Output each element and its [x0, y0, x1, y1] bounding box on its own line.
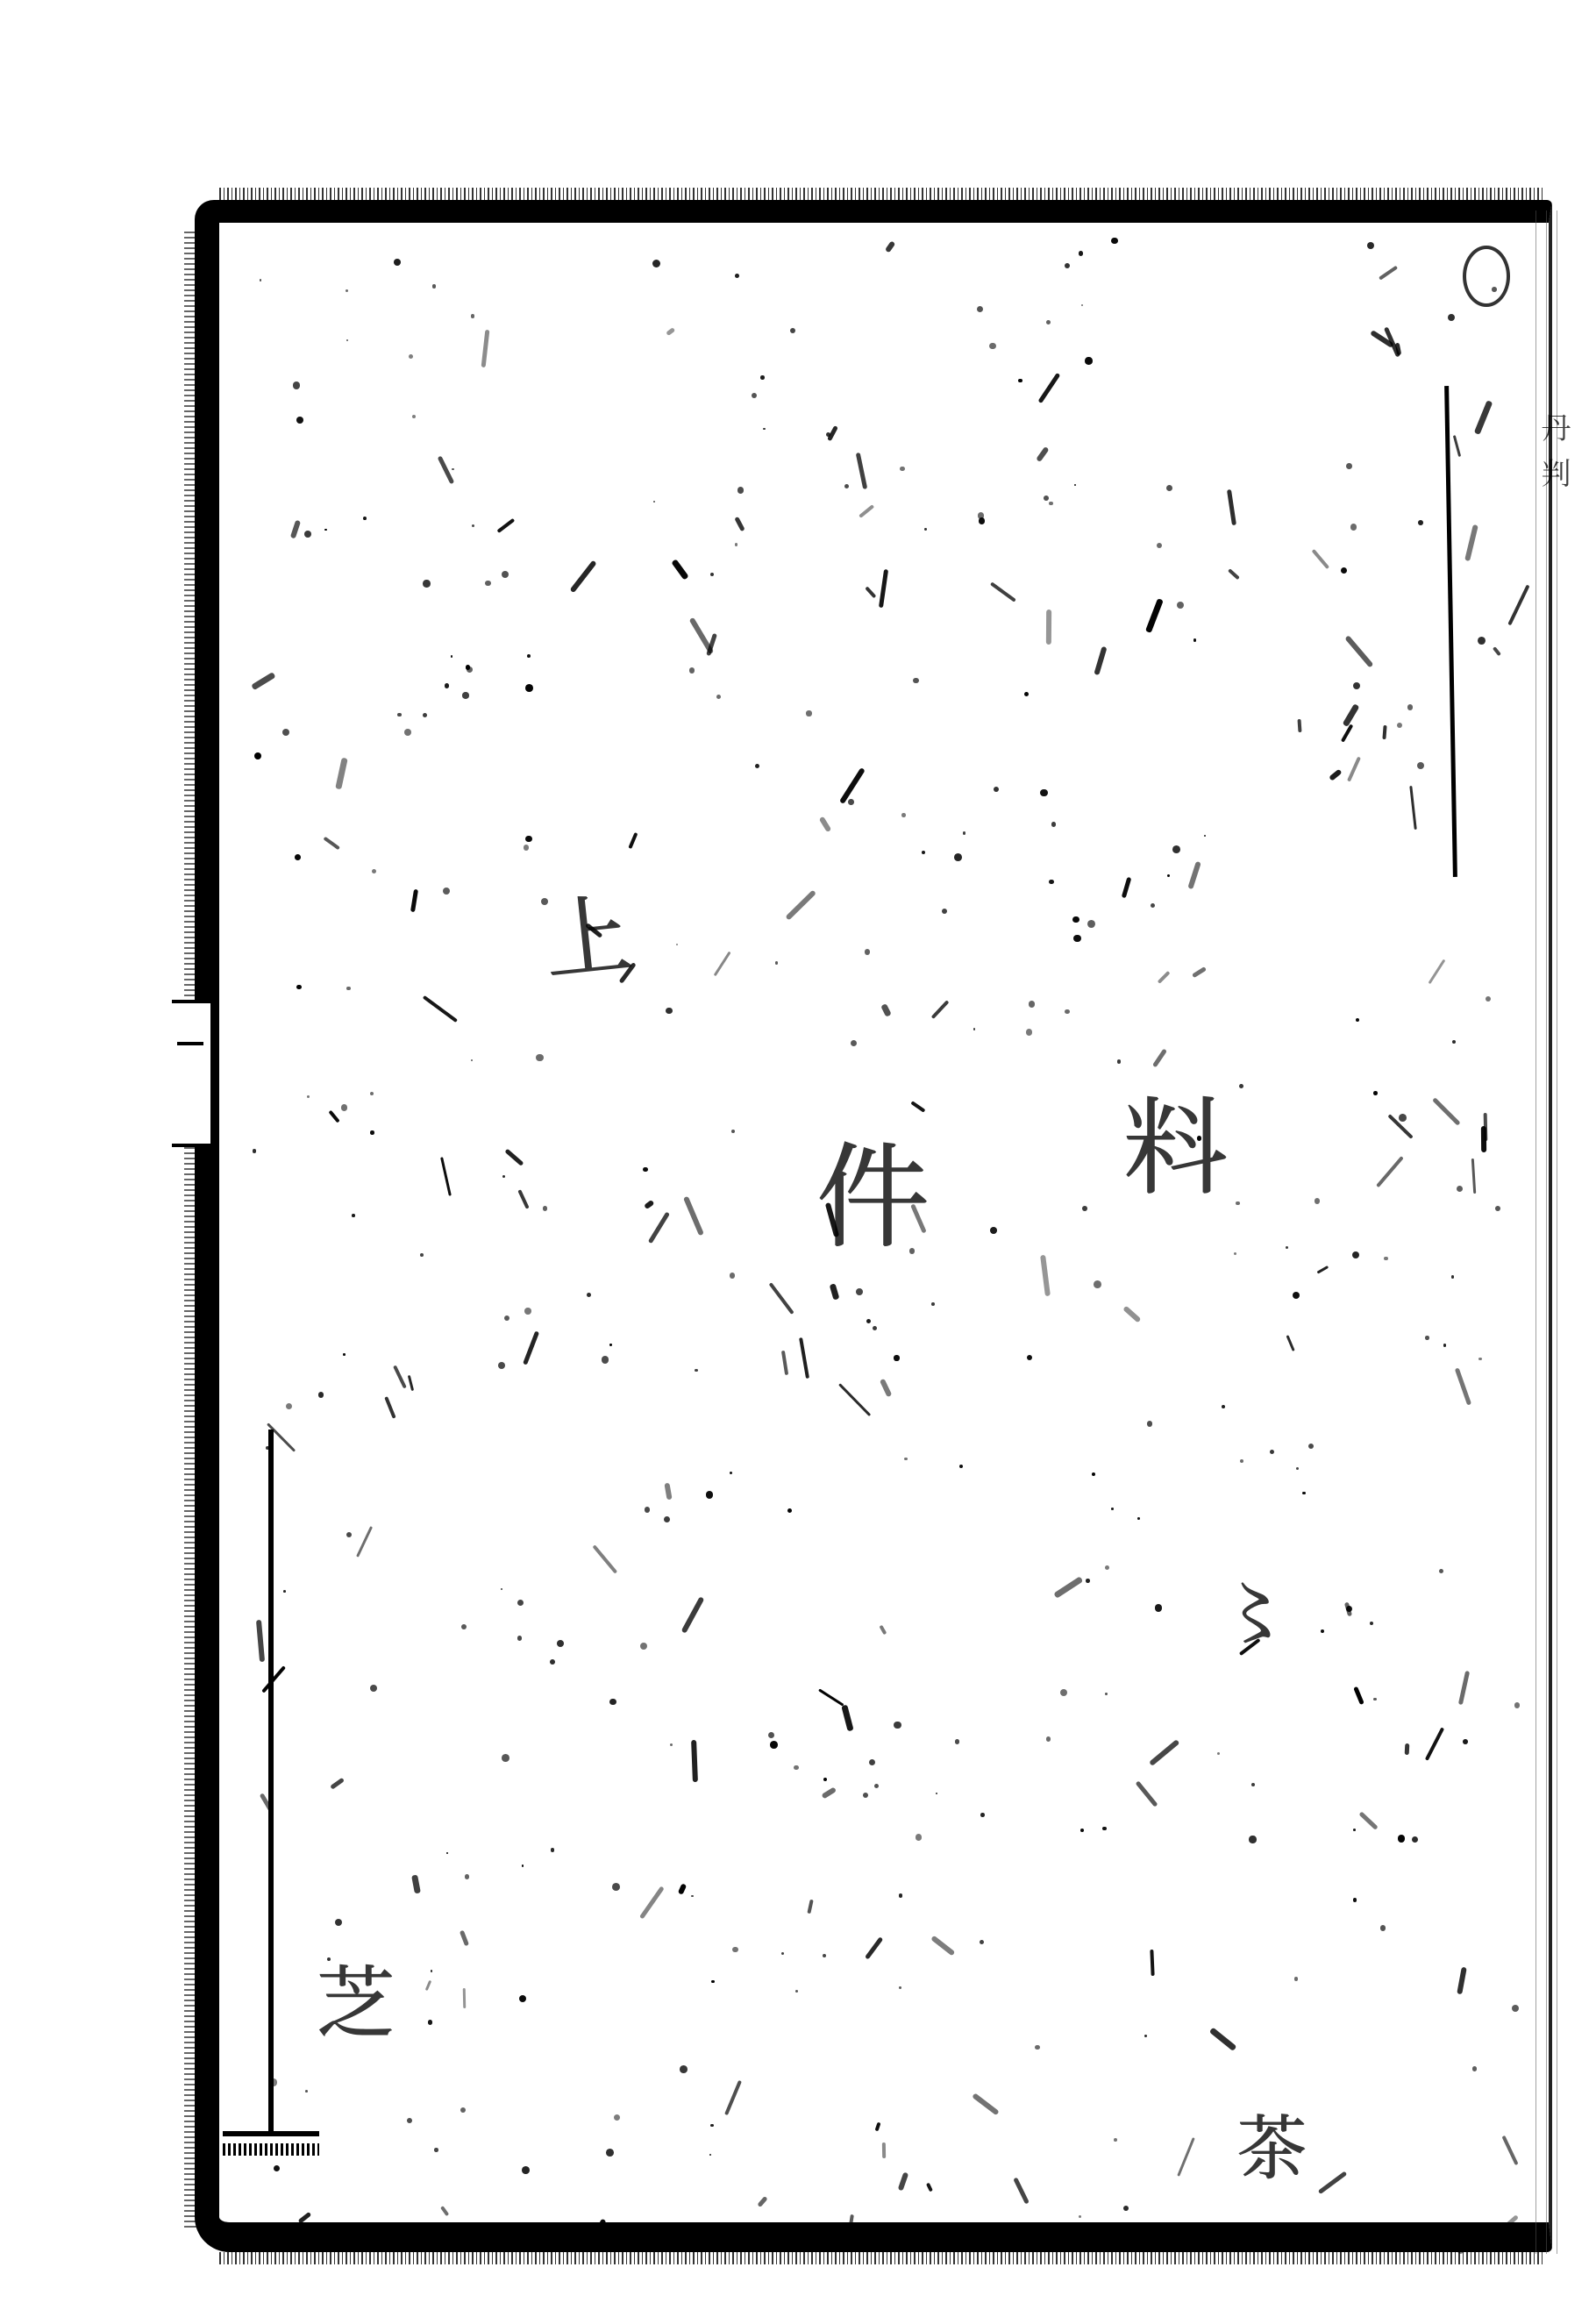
scan-speck	[1478, 1358, 1481, 1360]
scan-speck	[1353, 682, 1360, 689]
scan-speck	[404, 729, 411, 736]
scan-speck	[894, 1355, 899, 1360]
scan-speck	[1346, 463, 1352, 469]
scan-speck	[1151, 903, 1155, 908]
scan-speck	[1079, 2215, 1081, 2218]
scan-speck	[341, 1104, 347, 1110]
scan-speck	[851, 1040, 857, 1046]
scan-speck	[602, 1356, 609, 1364]
scan-speck	[1472, 2066, 1478, 2071]
scan-speck	[587, 1293, 591, 1297]
scan-speck	[922, 851, 925, 854]
scan-speck	[1236, 1201, 1240, 1206]
scan-speck	[1418, 520, 1423, 525]
scan-speck	[502, 1175, 505, 1178]
scan-speck	[894, 1722, 901, 1729]
tab-mark	[177, 1042, 203, 1045]
scan-speck	[1046, 610, 1051, 645]
scan-speck	[1294, 1977, 1299, 1981]
scattered-glyph-2: 〻	[1219, 1579, 1289, 1649]
scan-speck	[1478, 637, 1486, 645]
scan-speck	[1443, 1344, 1446, 1346]
scan-speck	[1193, 638, 1197, 642]
scan-speck	[1384, 1257, 1388, 1261]
scan-speck	[1147, 1421, 1152, 1426]
scan-speck	[609, 1344, 611, 1345]
scan-speck	[865, 949, 870, 954]
scan-speck	[394, 259, 401, 266]
scan-speck	[645, 1507, 651, 1513]
scan-speck	[428, 2020, 432, 2024]
scan-speck	[1483, 1113, 1487, 1141]
scan-speck	[501, 1588, 502, 1590]
central-glyph-1: 件	[816, 1140, 930, 1254]
scan-speck	[1399, 1114, 1407, 1122]
scan-speck	[363, 517, 367, 520]
scan-speck	[1167, 874, 1170, 877]
scan-speck	[1417, 762, 1424, 769]
scan-speck	[994, 787, 999, 792]
scan-speck	[954, 853, 962, 861]
scan-speck	[1514, 1702, 1521, 1708]
scan-speck	[270, 2078, 277, 2085]
left-tab	[172, 1000, 214, 1147]
scan-speck	[1087, 920, 1095, 928]
scan-speck	[1018, 379, 1022, 383]
scan-speck	[664, 1516, 670, 1522]
scan-speck	[352, 1214, 355, 1217]
scan-speck	[460, 2107, 466, 2113]
scan-speck	[770, 1741, 778, 1749]
scan-speck	[1123, 2206, 1129, 2211]
scan-speck	[1204, 835, 1206, 837]
scattered-glyph-3: 芝	[316, 1964, 395, 2043]
scan-speck	[1065, 1009, 1070, 1015]
scan-speck	[955, 1739, 959, 1743]
scan-speck	[434, 2148, 438, 2152]
scan-speck	[1353, 1898, 1357, 1901]
scan-speck	[1425, 1336, 1429, 1339]
scan-speck	[1082, 1206, 1087, 1211]
scan-speck	[502, 1754, 509, 1762]
scan-speck	[916, 1834, 923, 1841]
scan-speck	[931, 1302, 935, 1306]
scan-speck	[522, 1864, 524, 1866]
scan-speck	[689, 667, 695, 673]
scan-speck	[1398, 1835, 1406, 1843]
scan-speck	[1197, 1136, 1201, 1140]
scan-speck	[730, 1273, 735, 1278]
scan-speck	[913, 678, 918, 683]
scan-speck	[1114, 2138, 1117, 2142]
scan-speck	[990, 1227, 997, 1234]
scan-speck	[1044, 496, 1049, 501]
scan-speck	[432, 284, 436, 288]
scan-speck	[1353, 1829, 1356, 1831]
scan-speck	[1352, 1251, 1359, 1258]
scan-speck	[881, 2142, 885, 2157]
scan-speck	[1105, 1693, 1108, 1695]
scan-speck	[848, 799, 853, 804]
scan-speck	[409, 354, 413, 359]
scan-speck	[873, 1326, 877, 1330]
scan-speck	[790, 328, 795, 333]
bottom-edge-fringe	[219, 2252, 1543, 2264]
scan-speck	[1144, 2035, 1147, 2037]
scan-speck	[666, 1008, 673, 1015]
scan-speck	[370, 1130, 374, 1134]
scan-speck	[1085, 357, 1092, 364]
scan-speck	[1111, 1508, 1113, 1509]
scan-speck	[420, 1253, 424, 1257]
scan-speck	[1049, 880, 1054, 885]
scan-speck	[1024, 692, 1029, 696]
scan-speck	[524, 845, 529, 850]
scan-speck	[536, 1054, 543, 1061]
scan-speck	[557, 1640, 564, 1647]
scattered-glyph-4: 茶	[1236, 2114, 1307, 2184]
scan-speck	[462, 692, 468, 698]
scan-speck	[706, 1491, 713, 1498]
scan-speck	[973, 1028, 975, 1030]
spine-label: 丹判	[1543, 412, 1575, 781]
scan-speck	[1049, 502, 1052, 505]
scan-speck	[471, 314, 475, 318]
scan-speck	[286, 1403, 292, 1409]
scan-speck	[614, 2114, 620, 2121]
scan-speck	[1065, 263, 1070, 268]
scan-speck	[899, 1986, 901, 1988]
scan-speck	[900, 467, 905, 472]
scan-speck	[1086, 1579, 1090, 1583]
scan-speck	[452, 468, 453, 470]
scan-speck	[1073, 935, 1081, 943]
scan-speck	[823, 1778, 827, 1781]
left-rule-foot	[223, 2131, 319, 2136]
scan-speck	[1111, 238, 1118, 245]
scan-speck	[550, 1659, 555, 1665]
scan-speck	[504, 1315, 509, 1321]
scan-speck	[1451, 1275, 1454, 1278]
seal-stamp-icon	[1463, 246, 1510, 307]
scan-speck	[856, 1288, 863, 1295]
scan-speck	[461, 1624, 467, 1629]
scattered-glyph-1: 上	[539, 890, 636, 987]
scan-speck	[543, 1206, 547, 1210]
scan-speck	[253, 1149, 256, 1152]
scan-speck	[318, 1392, 324, 1398]
left-rule-foot-hatch	[223, 2143, 319, 2156]
scan-speck	[680, 2065, 688, 2073]
scan-speck	[1350, 524, 1357, 530]
scan-speck	[980, 1813, 985, 1817]
scan-speck	[963, 831, 966, 835]
scan-speck	[1486, 996, 1491, 1002]
scan-speck	[304, 531, 311, 538]
scan-speck	[343, 1353, 345, 1355]
scan-speck	[445, 683, 450, 688]
scan-speck	[296, 417, 303, 424]
scan-speck	[1026, 1029, 1033, 1036]
scan-speck	[755, 764, 759, 768]
scan-speck	[551, 1848, 554, 1851]
scan-speck	[370, 1685, 377, 1692]
scan-speck	[1382, 724, 1386, 738]
scan-speck	[735, 543, 738, 546]
central-glyph-2: 料	[1122, 1096, 1228, 1201]
scan-speck	[1046, 1736, 1051, 1741]
scan-speck	[904, 1458, 908, 1461]
top-edge-fringe	[219, 188, 1543, 200]
scan-speck	[781, 1952, 784, 1955]
scan-speck	[924, 528, 926, 530]
scan-speck	[1286, 1246, 1288, 1249]
scan-speck	[346, 1532, 352, 1537]
scan-speck	[283, 1590, 286, 1593]
scan-speck	[1072, 916, 1079, 923]
scan-speck	[901, 813, 906, 817]
scan-speck	[1117, 1059, 1122, 1064]
scan-speck	[1492, 287, 1497, 292]
left-vertical-rule	[268, 1429, 274, 2131]
scan-speck	[260, 279, 261, 281]
scan-speck	[346, 339, 348, 341]
scan-speck	[676, 944, 678, 945]
scan-speck	[612, 1883, 620, 1891]
scan-speck	[254, 752, 261, 759]
scan-speck	[472, 524, 474, 527]
scan-speck	[653, 501, 655, 503]
scan-speck	[866, 1319, 871, 1323]
scan-speck	[1035, 2045, 1039, 2050]
scan-speck	[465, 1874, 470, 1879]
scan-speck	[1051, 822, 1057, 827]
scan-speck	[423, 713, 427, 717]
scan-speck	[1046, 320, 1051, 324]
scan-speck	[732, 1947, 737, 1952]
scan-speck	[1356, 1018, 1359, 1022]
scan-speck	[989, 343, 995, 349]
scan-speck	[295, 854, 301, 860]
scan-speck	[462, 1988, 466, 2009]
scan-speck	[423, 580, 430, 587]
scan-speck	[942, 909, 947, 914]
scan-speck	[524, 1308, 531, 1315]
scan-speck	[978, 512, 985, 519]
scan-speck	[760, 375, 765, 380]
scan-speck	[1239, 1084, 1243, 1088]
scan-speck	[1251, 1783, 1255, 1786]
scan-speck	[451, 655, 452, 657]
scan-speck	[1155, 1604, 1162, 1611]
scan-speck	[806, 710, 811, 716]
scan-speck	[737, 487, 744, 493]
scan-speck	[1177, 602, 1184, 609]
scan-speck	[527, 654, 531, 658]
scan-speck	[327, 1957, 331, 1961]
scan-speck	[525, 684, 533, 692]
scan-speck	[1081, 304, 1083, 306]
scan-speck	[1448, 314, 1455, 321]
scan-speck	[609, 1699, 616, 1705]
scan-speck	[1040, 789, 1047, 796]
scan-speck	[643, 1167, 647, 1172]
scan-speck	[1373, 1091, 1378, 1095]
scan-speck	[1249, 1836, 1256, 1843]
scan-speck	[606, 2149, 614, 2157]
scan-speck	[787, 1508, 792, 1513]
